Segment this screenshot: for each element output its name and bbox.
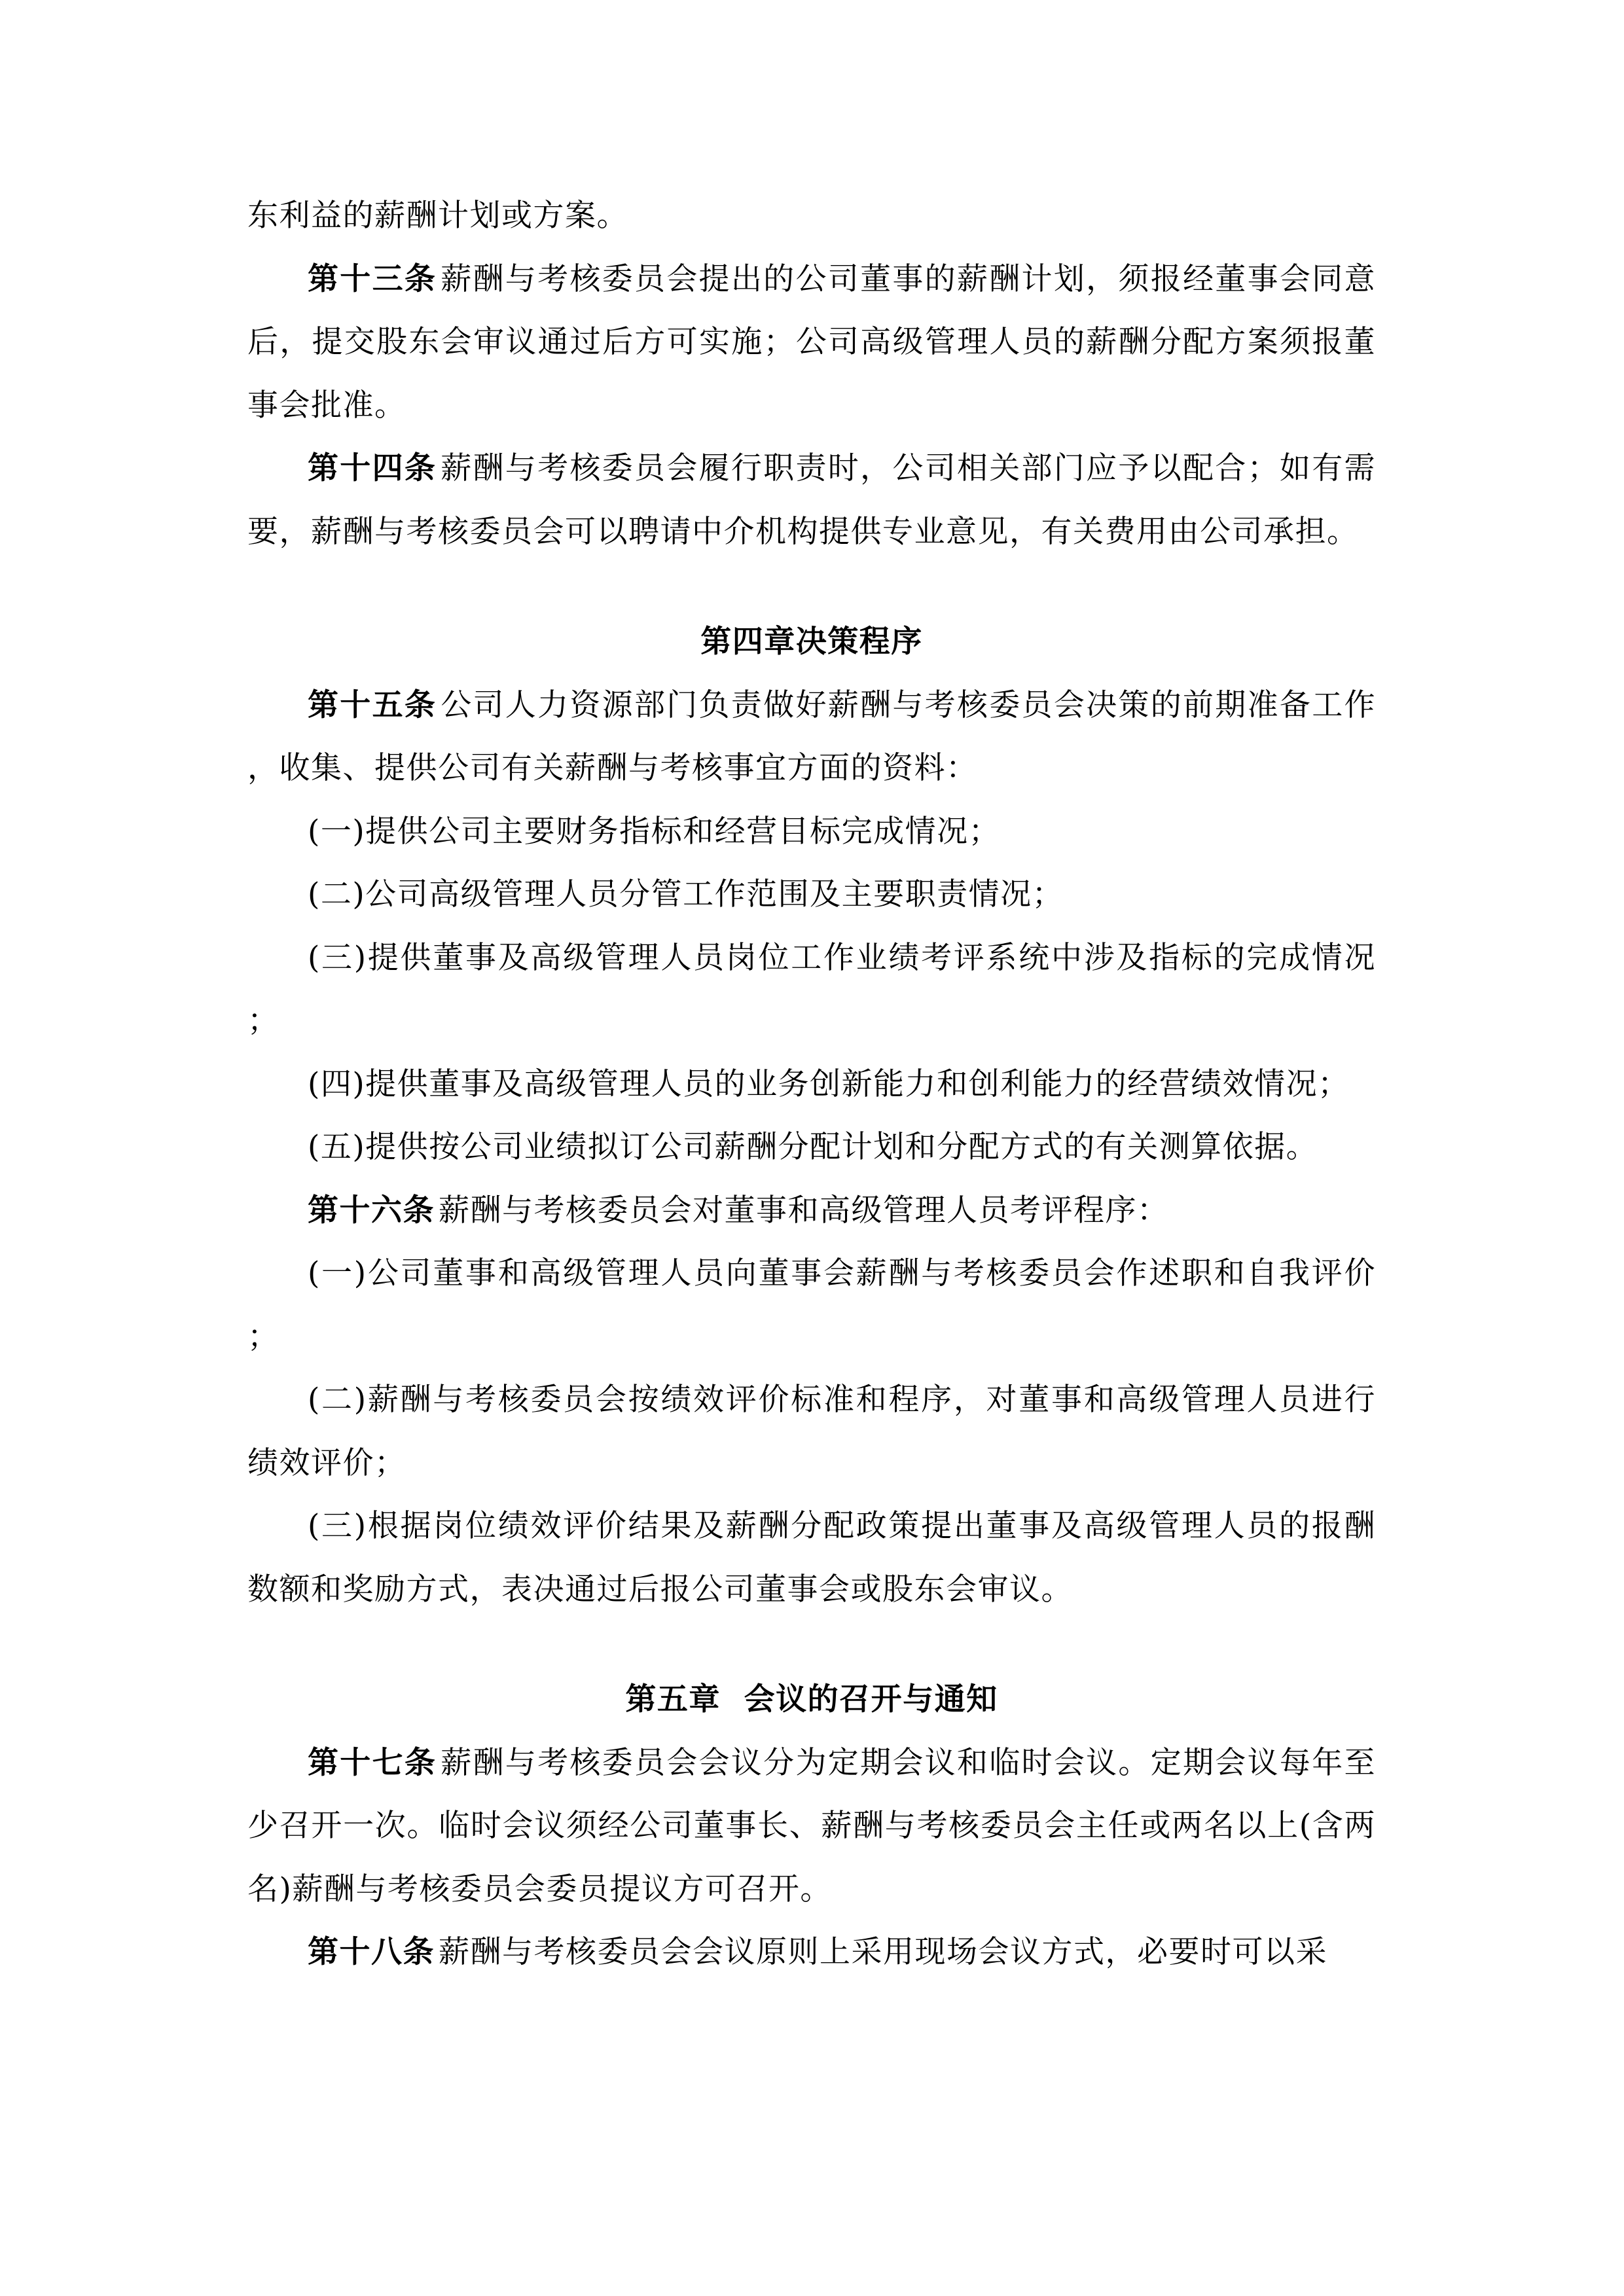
article-16: 第十六条薪酬与考核委员会对董事和高级管理人员考评程序： — [247, 1179, 1376, 1243]
list-item-15-4: (四)提供董事及高级管理人员的业务创新能力和创利能力的经营绩效情况； — [247, 1053, 1376, 1117]
list-item-text: (一)公司董事和高级管理人员向董事会薪酬与考核委员会作述职和自我评价； — [247, 1255, 1376, 1355]
chapter-5-heading: 第五章 会议的召开与通知 — [247, 1668, 1376, 1732]
list-item-15-5: (五)提供按公司业绩拟订公司薪酬分配计划和分配方式的有关测算依据。 — [247, 1116, 1376, 1179]
list-item-text: (二)薪酬与考核委员会按绩效评价标准和程序，对董事和高级管理人员进行绩效评价； — [247, 1382, 1376, 1481]
article-18: 第十八条薪酬与考核委员会会议原则上采用现场会议方式，必要时可以采 — [247, 1921, 1376, 1984]
article-label: 第十六条 — [308, 1193, 435, 1229]
list-item-16-2: (二)薪酬与考核委员会按绩效评价标准和程序，对董事和高级管理人员进行绩效评价； — [247, 1369, 1376, 1495]
article-label: 第十四条 — [308, 450, 437, 486]
chapter-4-heading: 第四章决策程序 — [247, 611, 1376, 674]
article-text: 薪酬与考核委员会会议原则上采用现场会议方式，必要时可以采 — [439, 1934, 1327, 1970]
document-page: 东利益的薪酬计划或方案。 第十三条薪酬与考核委员会提出的公司董事的薪酬计划，须报… — [247, 185, 1376, 1984]
list-item-text: (五)提供按公司业绩拟订公司薪酬分配计划和分配方式的有关测算依据。 — [308, 1129, 1318, 1165]
article-15: 第十五条公司人力资源部门负责做好薪酬与考核委员会决策的前期准备工作，收集、提供公… — [247, 674, 1376, 800]
article-label: 第十五条 — [308, 687, 437, 723]
list-item-16-1: (一)公司董事和高级管理人员向董事会薪酬与考核委员会作述职和自我评价； — [247, 1242, 1376, 1369]
article-label: 第十八条 — [308, 1934, 435, 1970]
paragraph-continuation: 东利益的薪酬计划或方案。 — [247, 185, 1376, 248]
list-item-text: (一)提供公司主要财务指标和经营目标完成情况； — [308, 814, 1000, 850]
list-item-text: (四)提供董事及高级管理人员的业务创新能力和创利能力的经营绩效情况； — [308, 1066, 1350, 1102]
spacer — [247, 564, 1376, 611]
article-label: 第十七条 — [308, 1745, 437, 1781]
spacer — [247, 1621, 1376, 1668]
list-item-15-1: (一)提供公司主要财务指标和经营目标完成情况； — [247, 800, 1376, 864]
article-label: 第十三条 — [308, 261, 437, 297]
article-17: 第十七条薪酬与考核委员会会议分为定期会议和临时会议。定期会议每年至少召开一次。临… — [247, 1732, 1376, 1922]
article-text: 薪酬与考核委员会对董事和高级管理人员考评程序： — [439, 1193, 1169, 1229]
list-item-text: (二)公司高级管理人员分管工作范围及主要职责情况； — [308, 876, 1064, 912]
article-14: 第十四条薪酬与考核委员会履行职责时，公司相关部门应予以配合；如有需要，薪酬与考核… — [247, 437, 1376, 564]
list-item-15-2: (二)公司高级管理人员分管工作范围及主要职责情况； — [247, 863, 1376, 927]
list-item-text: (三)提供董事及高级管理人员岗位工作业绩考评系统中涉及指标的完成情况； — [247, 940, 1376, 1039]
article-13: 第十三条薪酬与考核委员会提出的公司董事的薪酬计划，须报经董事会同意后，提交股东会… — [247, 248, 1376, 438]
paragraph-text: 东利益的薪酬计划或方案。 — [247, 198, 628, 234]
list-item-text: (三)根据岗位绩效评价结果及薪酬分配政策提出董事及高级管理人员的报酬数额和奖励方… — [247, 1508, 1376, 1607]
list-item-15-3: (三)提供董事及高级管理人员岗位工作业绩考评系统中涉及指标的完成情况； — [247, 927, 1376, 1053]
list-item-16-3: (三)根据岗位绩效评价结果及薪酬分配政策提出董事及高级管理人员的报酬数额和奖励方… — [247, 1495, 1376, 1621]
